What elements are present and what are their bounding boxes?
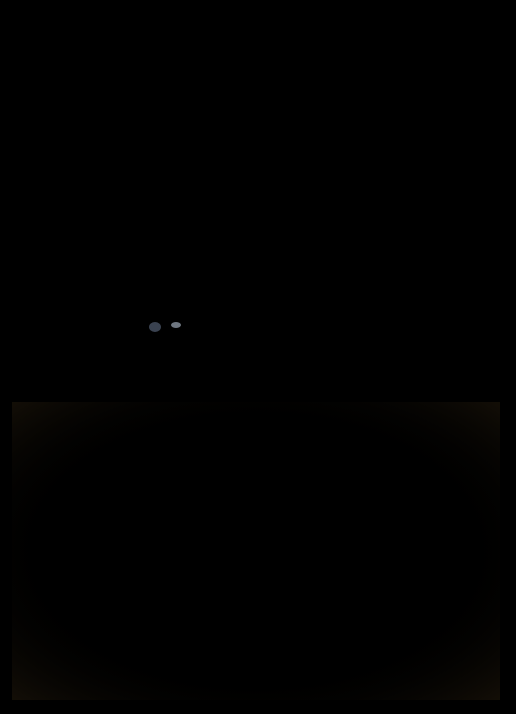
paper-vignette — [12, 402, 500, 700]
stamp-back-illustration — [0, 0, 516, 714]
stamp-photo — [0, 0, 516, 714]
gum-stain — [12, 255, 500, 402]
